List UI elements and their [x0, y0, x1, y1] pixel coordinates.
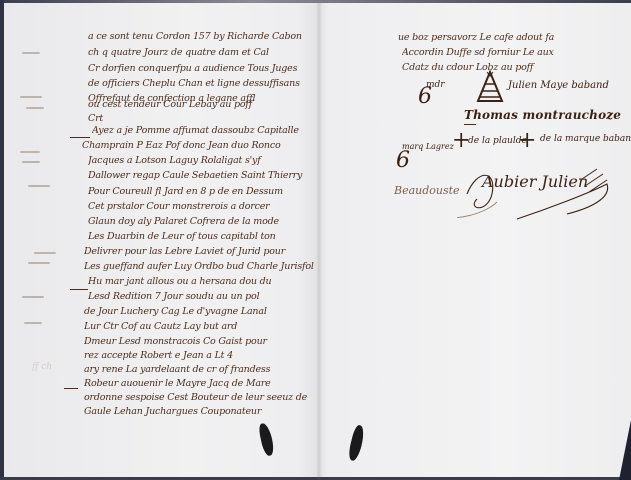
text-line: Les gueffand aufer Luy Ordbo bud Charle … [84, 261, 314, 272]
line-flourish [70, 289, 88, 290]
text-line: Cr dorfien conquerfpu a audience Tous Ju… [88, 63, 314, 74]
right-page: ue boz persavorz Le cafe adout fa Accord… [322, 0, 631, 480]
text-line: Hu mar jant allous ou a hersana dou du [88, 276, 314, 287]
bleed-through-mark [20, 151, 40, 153]
signature-thomas: Thomas montrauchoze [464, 108, 621, 122]
signature-paraph-icon [457, 164, 617, 234]
bleed-through-mark [34, 252, 56, 254]
ink-blot [347, 424, 366, 462]
text-line: Crt [88, 113, 148, 124]
text-line: Les Duarbin de Leur of tous capitabl ton [88, 231, 314, 242]
text-line: Champrain P Eaz Pof donc Jean duo Ronco [82, 140, 314, 151]
left-page: ff ch a ce sont tenu Cordon 157 by Richa… [4, 0, 316, 480]
text-line: Lesd Redition 7 Jour soudu au un pol [88, 291, 314, 302]
bleed-through-mark [28, 185, 50, 187]
cross-mark-icon: + [518, 128, 536, 153]
flourish-6: 6 [396, 148, 410, 173]
text-line: de Jour Luchery Cag Le d'yvagne Lanal [84, 306, 314, 317]
text-line: Accordin Duffe sd forniur Le aux [402, 47, 626, 58]
ladder-mark-icon [475, 70, 505, 104]
bleed-through-mark [26, 107, 44, 109]
bleed-through-mark [24, 322, 42, 324]
mark-2-name: de la marque baband [540, 134, 631, 144]
text-line: a ce sont tenu Cordon 157 by Richarde Ca… [88, 31, 314, 42]
text-line: ary rene La yardelaant de cr of frandess [84, 364, 314, 375]
line-flourish [64, 388, 78, 389]
text-line: rez accepte Robert e Jean a Lt 4 [84, 350, 314, 361]
text-line: Jacques a Lotson Laguy Rolaligat s'yf [88, 155, 314, 166]
line-flourish [70, 137, 90, 138]
text-line: Robeur auouenir le Mayre Jacq de Mare [84, 378, 314, 389]
text-line: Ayez a je Pomme affumat dassoubz Capital… [92, 125, 314, 136]
text-line: ch q quatre Jourz de quatre dam et Cal [88, 47, 314, 58]
text-line: ue boz persavorz Le cafe adout fa [398, 32, 626, 43]
text-line: ordonne sespoise Cest Bouteur de leur se… [84, 392, 314, 403]
text-line: Lur Ctr Cof au Cautz Lay but ard [84, 321, 314, 332]
bleed-through-mark [20, 96, 42, 98]
bleed-through-mark [22, 296, 44, 298]
manuscript-spread: ff ch a ce sont tenu Cordon 157 by Richa… [0, 0, 631, 480]
text-line: Gaule Lehan Juchargues Couponateur [84, 406, 314, 417]
mark-1-name: Julien Maye baband [508, 80, 609, 91]
text-line: Cet prstalor Cour monstrerois a dorcer [88, 201, 314, 212]
ink-blot [258, 422, 276, 457]
text-line: Dallower regap Caule Sebaetien Saint Thi… [88, 170, 314, 181]
signature-beaudouste: Beaudouste [394, 184, 460, 197]
text-line: Pour Coureull fl Jard en 8 p de en Dessu… [88, 186, 314, 197]
margin-note: ff ch [32, 362, 52, 372]
bleed-through-mark [28, 262, 50, 264]
flourish-6: 6 [418, 84, 432, 109]
bleed-through-mark [22, 161, 40, 163]
bleed-through-mark [22, 52, 40, 54]
text-line: Glaun doy aly Palaret Cofrera de la mode [88, 216, 314, 227]
signature-underline [464, 124, 476, 125]
text-line: de officiers Cheplu Chan et ligne dessuf… [88, 78, 314, 89]
text-line: ou cest tendeur Cour Lebay au poff [88, 99, 314, 110]
text-line: Dmeur Lesd monstracois Co Gaist pour [84, 336, 314, 347]
text-line: Delivrer pour las Lebre Laviet of Jurid … [84, 246, 314, 257]
